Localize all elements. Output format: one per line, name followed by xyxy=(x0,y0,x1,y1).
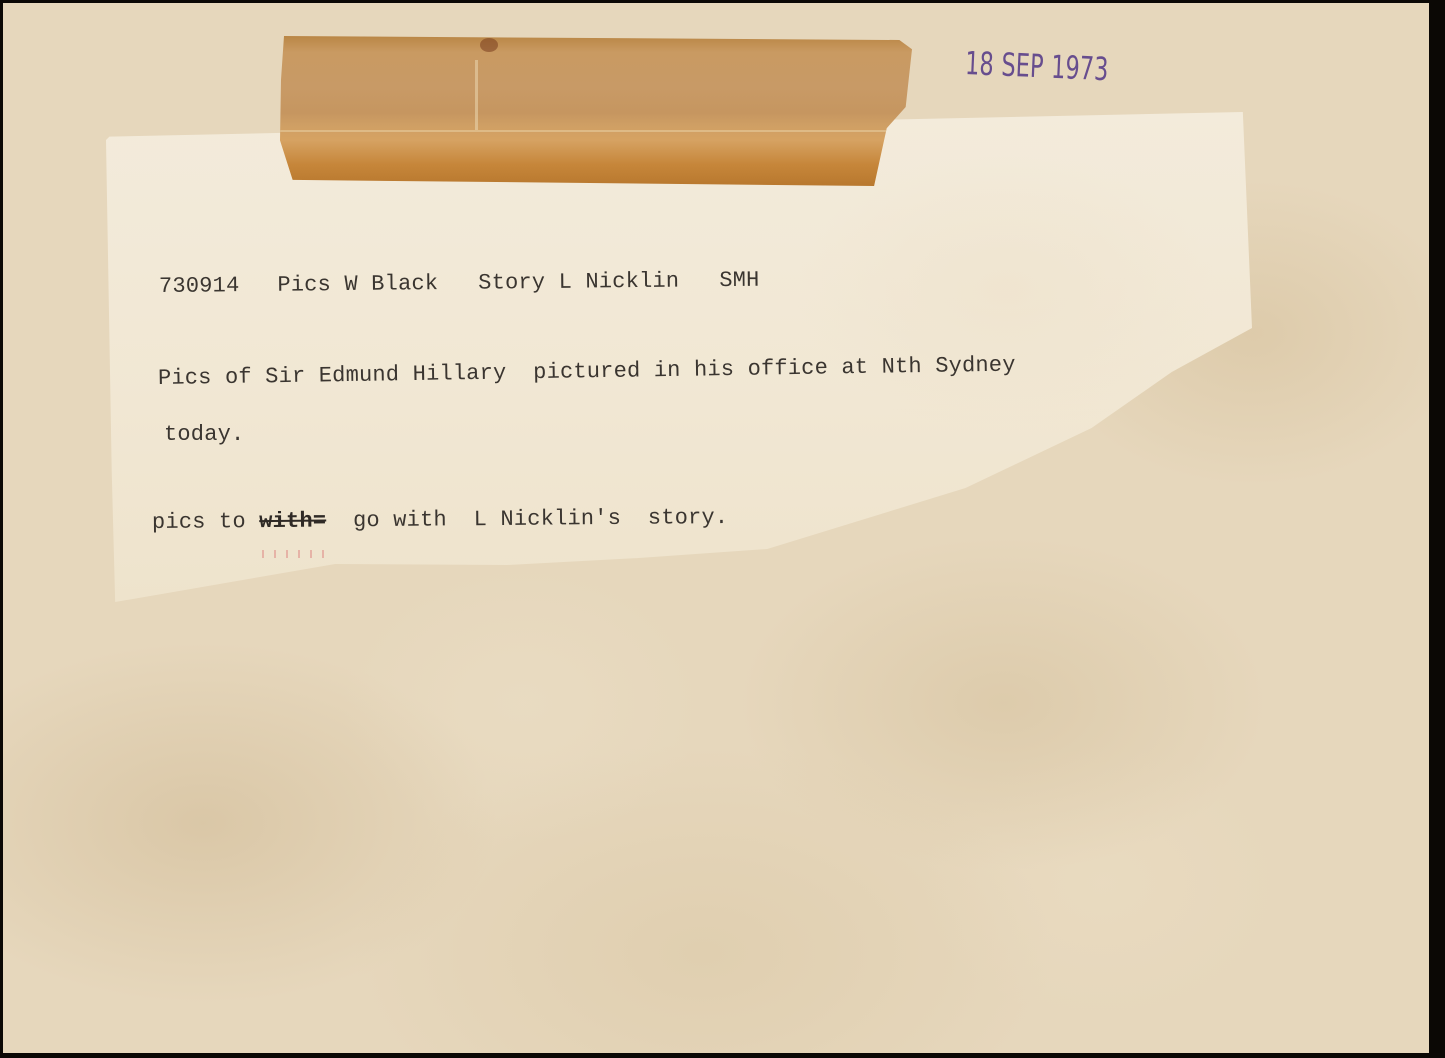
tape-seam xyxy=(280,130,912,132)
description-line-2: today. xyxy=(164,422,244,447)
reference-number: 730914 xyxy=(159,273,240,299)
date-stamp: 18SEP1973 xyxy=(964,44,1109,88)
note-prefix: pics to xyxy=(152,509,259,535)
stamp-day: 18 xyxy=(964,44,994,83)
stamp-year: 1973 xyxy=(1050,48,1109,88)
story-credit: Story L Nicklin xyxy=(478,269,679,296)
photographer-credit: Pics W Black xyxy=(277,271,438,298)
faint-red-marks xyxy=(262,550,332,558)
adhesive-tape xyxy=(280,34,912,186)
stamp-month: SEP xyxy=(1001,46,1045,86)
tape-crease xyxy=(475,60,478,130)
publication-code: SMH xyxy=(719,268,759,293)
struck-out-text: with= xyxy=(259,508,326,534)
note-suffix: go with L Nicklin's story. xyxy=(326,505,728,534)
story-note-line: pics to with= go with L Nicklin's story. xyxy=(152,505,729,535)
tape-stain xyxy=(480,38,498,52)
